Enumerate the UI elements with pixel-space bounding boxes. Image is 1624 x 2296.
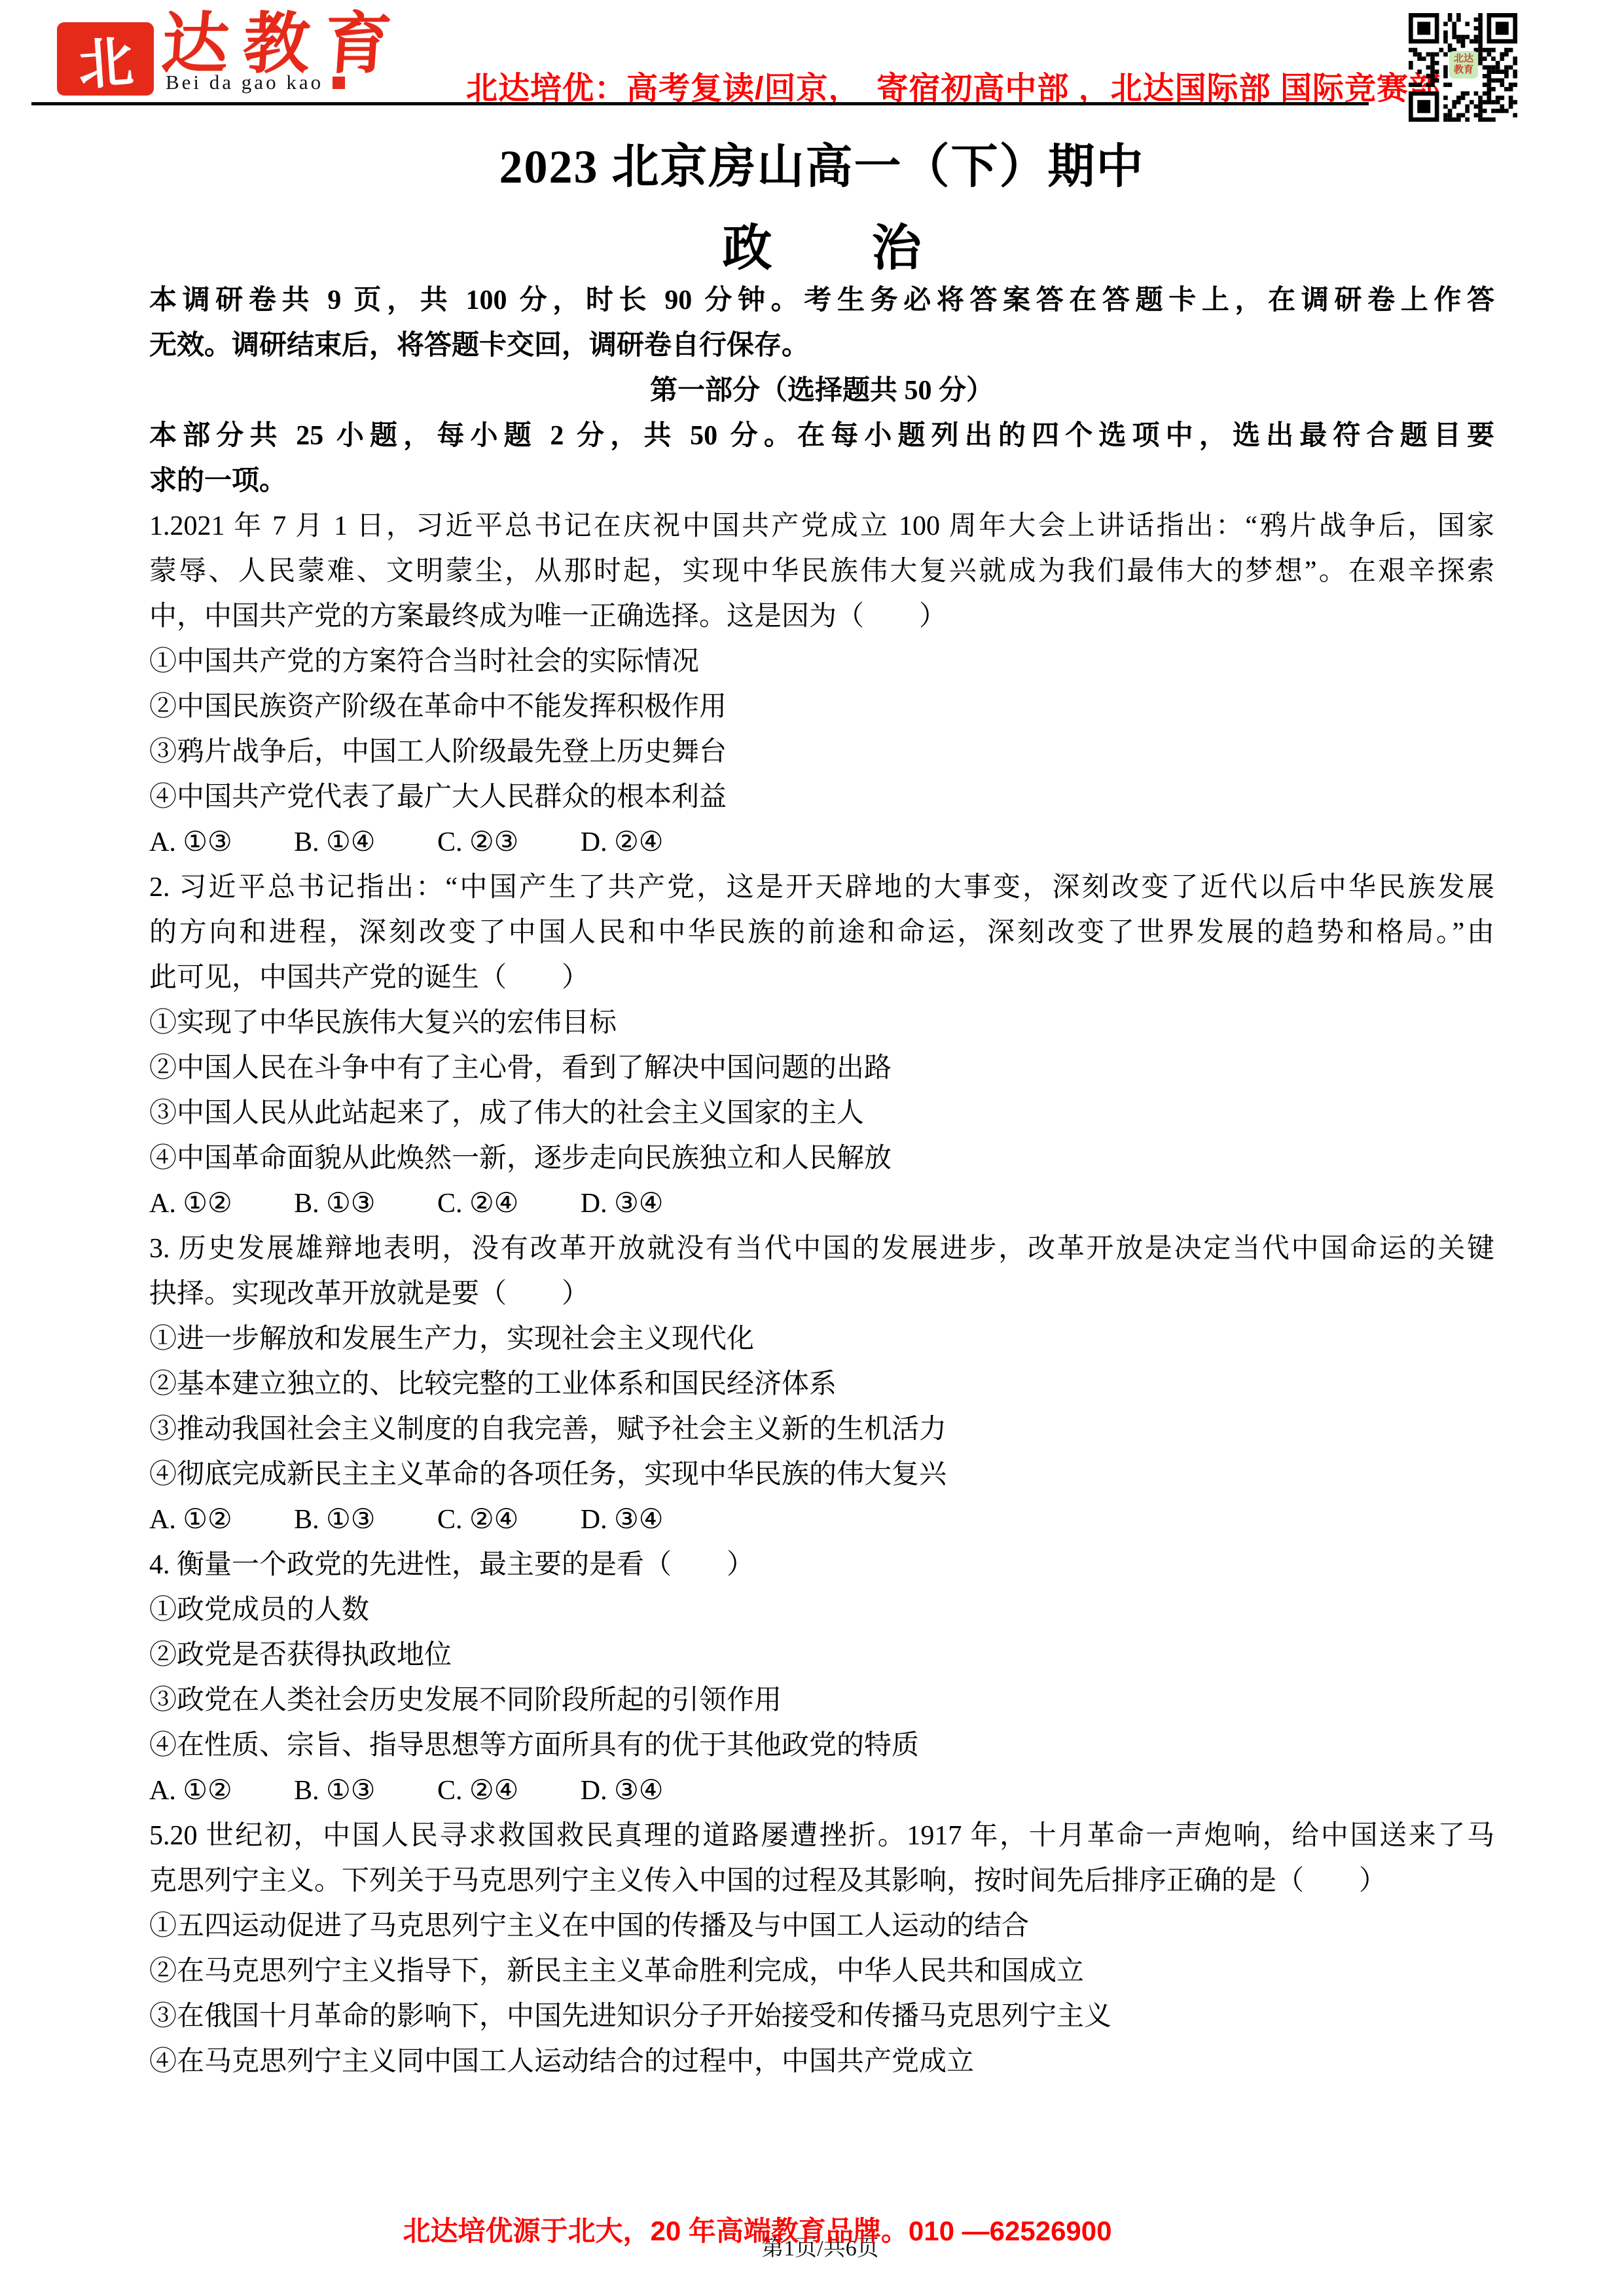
question-4-choice: ④在性质、宗旨、指导思想等方面所具有的优于其他政党的特质 [149, 1723, 1494, 1768]
qr-badge-line1: 北达 [1454, 54, 1473, 65]
logo-seal-character: 北 [75, 18, 135, 101]
question-2-stem-line: 的方向和进程，深刻改变了中国人民和中华民族的前途和命运，深刻改变了世界发展的趋势… [149, 910, 1494, 956]
header-divider [31, 102, 1369, 105]
section-heading: 第一部分（选择题共 50 分） [149, 368, 1494, 414]
question-4-stem-line: 4. 衡量一个政党的先进性，最主要的是看（ ） [149, 1543, 1494, 1588]
question-4-choice: ①政党成员的人数 [149, 1588, 1494, 1633]
question-3-stem-line: 3. 历史发展雄辩地表明，没有改革开放就没有当代中国的发展进步，改革开放是决定当… [149, 1227, 1494, 1272]
question-1-stem-line: 中，中国共产党的方案最终成为唯一正确选择。这是因为（ ） [149, 594, 1494, 639]
question-4-choice: ②政党是否获得执政地位 [149, 1633, 1494, 1678]
logo-pinyin: Bei da gao kao [166, 71, 345, 94]
logo-pinyin-text: Bei da gao kao [166, 71, 323, 94]
qr-code: 北达 教育 [1409, 13, 1517, 117]
question-3-choice: ③推动我国社会主义制度的自我完善，赋予社会主义新的生机活力 [149, 1407, 1494, 1452]
qr-badge-line2: 教育 [1454, 65, 1473, 76]
question-2-answer-options: A. ①② B. ①③ C. ②④ D. ③④ [149, 1181, 1494, 1227]
exam-paper-page: 北 达教育 Bei da gao kao 北达培优：高考复读/回京， 寄宿初高中… [0, 0, 1624, 2296]
section-intro-line: 本部分共 25 小题，每小题 2 分，共 50 分。在每小题列出的四个选项中，选… [149, 414, 1494, 459]
exam-title: 2023 北京房山高一（下）期中 [149, 128, 1494, 196]
question-4-choice: ③政党在人类社会历史发展不同阶段所起的引领作用 [149, 1678, 1494, 1723]
qr-center-badge: 北达 教育 [1449, 51, 1478, 79]
question-2-choice: ②中国人民在斗争中有了主心骨，看到了解决中国问题的出路 [149, 1046, 1494, 1091]
question-4-answer-options: A. ①② B. ①③ C. ②④ D. ③④ [149, 1768, 1494, 1814]
question-5-stem-line: 克思列宁主义。下列关于马克思列宁主义传入中国的过程及其影响，按时间先后排序正确的… [149, 1859, 1494, 1904]
notice-line: 本调研卷共 9 页，共 100 分，时长 90 分钟。考生务必将答案答在答题卡上… [149, 278, 1494, 323]
question-5-choice: ③在俄国十月革命的影响下，中国先进知识分子开始接受和传播马克思列宁主义 [149, 1994, 1494, 2039]
question-1-choice: ②中国民族资产阶级在革命中不能发挥积极作用 [149, 685, 1494, 730]
question-3-choice: ②基本建立独立的、比较完整的工业体系和国民经济体系 [149, 1362, 1494, 1407]
question-1-answer-options: A. ①③ B. ①④ C. ②③ D. ②④ [149, 820, 1494, 865]
question-1-stem-line: 1.2021 年 7 月 1 日，习近平总书记在庆祝中国共产党成立 100 周年… [149, 504, 1494, 549]
notice-line: 无效。调研结束后，将答题卡交回，调研卷自行保存。 [149, 323, 1494, 368]
question-1-choice: ③鸦片战争后，中国工人阶级最先登上历史舞台 [149, 730, 1494, 775]
question-3-choice: ①进一步解放和发展生产力，实现社会主义现代化 [149, 1317, 1494, 1362]
section-intro-line: 求的一项。 [149, 459, 1494, 504]
question-2-stem-line: 此可见，中国共产党的诞生（ ） [149, 956, 1494, 1001]
question-3-stem-line: 抉择。实现改革开放就是要（ ） [149, 1272, 1494, 1317]
question-5-choice: ②在马克思列宁主义指导下，新民主主义革命胜利完成，中华人民共和国成立 [149, 1949, 1494, 1994]
question-5-stem-line: 5.20 世纪初，中国人民寻求救国救民真理的道路屡遭挫折。1917 年，十月革命… [149, 1814, 1494, 1859]
question-2-choice: ③中国人民从此站起来了，成了伟大的社会主义国家的主人 [149, 1091, 1494, 1136]
question-2-choice: ①实现了中华民族伟大复兴的宏伟目标 [149, 1001, 1494, 1046]
question-3-answer-options: A. ①② B. ①③ C. ②④ D. ③④ [149, 1498, 1494, 1543]
question-2-choice: ④中国革命面貌从此焕然一新，逐步走向民族独立和人民解放 [149, 1136, 1494, 1181]
subject-title: 政 治 [149, 208, 1494, 279]
question-3-choice: ④彻底完成新民主主义革命的各项任务，实现中华民族的伟大复兴 [149, 1452, 1494, 1498]
question-1-stem-line: 蒙辱、人民蒙难、文明蒙尘，从那时起，实现中华民族伟大复兴就成为我们最伟大的梦想”… [149, 549, 1494, 594]
question-2-stem-line: 2. 习近平总书记指出：“中国产生了共产党，这是开天辟地的大事变，深刻改变了近代… [149, 865, 1494, 910]
question-1-choice: ①中国共产党的方案符合当时社会的实际情况 [149, 639, 1494, 685]
header-tagline: 北达培优：高考复读/回京， 寄宿初高中部 ，北达国际部 国际竞赛部 [466, 63, 1441, 108]
question-5-choice: ④在马克思列宁主义同中国工人运动结合的过程中，中国共产党成立 [149, 2039, 1494, 2085]
question-5-choice: ①五四运动促进了马克思列宁主义在中国的传播及与中国工人运动的结合 [149, 1904, 1494, 1949]
exam-body: 本调研卷共 9 页，共 100 分，时长 90 分钟。考生务必将答案答在答题卡上… [149, 278, 1494, 2085]
logo-red-square-icon [333, 77, 345, 89]
question-1-choice: ④中国共产党代表了最广大人民群众的根本利益 [149, 775, 1494, 820]
footer-slogan: 北达培优源于北大，20 年高端教育品牌。010 —62526900 [0, 2210, 1515, 2249]
logo-seal: 北 [59, 24, 152, 94]
